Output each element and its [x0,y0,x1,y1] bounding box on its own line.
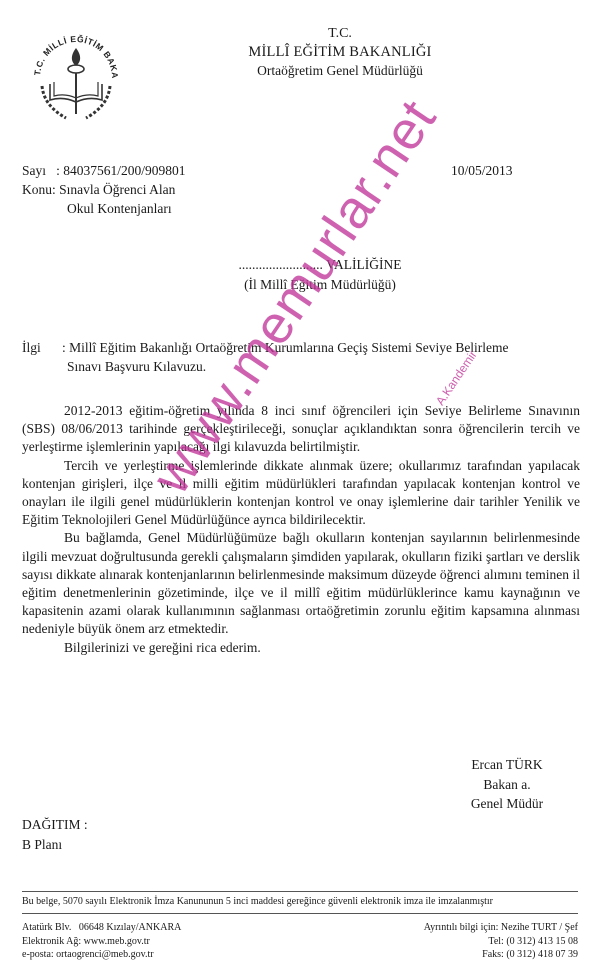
header-tc: T.C. [40,26,600,42]
footer-contact-left: Atatürk Blv. 06648 Kızılay/ANKARA Elektr… [22,921,181,962]
document-number: Sayı : 84037561/200/909801 [22,161,186,180]
reference: İlgi: Millî Eğitim Bakanlığı Ortaöğretim… [22,338,582,376]
subject: Konu: Sınavla Öğrenci Alan [22,180,175,199]
ministry-name: MİLLÎ EĞİTİM BAKANLIĞI [40,44,600,61]
paragraph: Tercih ve yerleştirme işlemlerinde dikka… [22,457,580,530]
signatory-title: Genel Müdür [452,794,562,814]
distribution-label: DAĞITIM : [22,815,88,835]
footer-email: e-posta: ortaogrenci@meb.gov.tr [22,948,181,962]
e-signature-notice: Bu belge, 5070 sayılı Elektronik İmza Ka… [22,896,582,907]
reference-label: İlgi [22,338,62,357]
footer-contact-person: Ayrıntılı bilgi için: Nezihe TURT / Şef [300,921,578,935]
directorate-name: Ortaöğretim Genel Müdürlüğü [40,63,600,79]
reference-line2: Sınavı Başvuru Kılavuzu. [22,357,582,376]
distribution: DAĞITIM : B Planı [22,815,88,854]
signatory-name: Ercan TÜRK [452,755,562,775]
divider [22,913,578,914]
letter-body: 2012-2013 eğitim-öğretim yılında 8 inci … [22,402,580,657]
signatory-authority: Bakan a. [452,775,562,795]
divider [22,891,578,892]
paragraph: 2012-2013 eğitim-öğretim yılında 8 inci … [22,402,580,457]
footer-website: Elektronik Ağ: www.meb.gov.tr [22,935,181,949]
distribution-value: B Planı [22,835,88,855]
paragraph: Bilgilerinizi ve gereğini rica ederim. [22,639,580,657]
paragraph: Bu bağlamda, Genel Müdürlüğümüze bağlı o… [22,529,580,638]
footer-phone: Tel: (0 312) 413 15 08 [300,935,578,949]
footer-address: Atatürk Blv. 06648 Kızılay/ANKARA [22,921,181,935]
signature-block: Ercan TÜRK Bakan a. Genel Müdür [452,755,562,814]
subject-line2: Okul Kontenjanları [67,199,172,218]
document-date: 10/05/2013 [451,161,513,180]
footer-fax: Faks: (0 312) 418 07 39 [300,948,578,962]
footer-contact-right: Ayrıntılı bilgi için: Nezihe TURT / Şef … [300,921,578,962]
